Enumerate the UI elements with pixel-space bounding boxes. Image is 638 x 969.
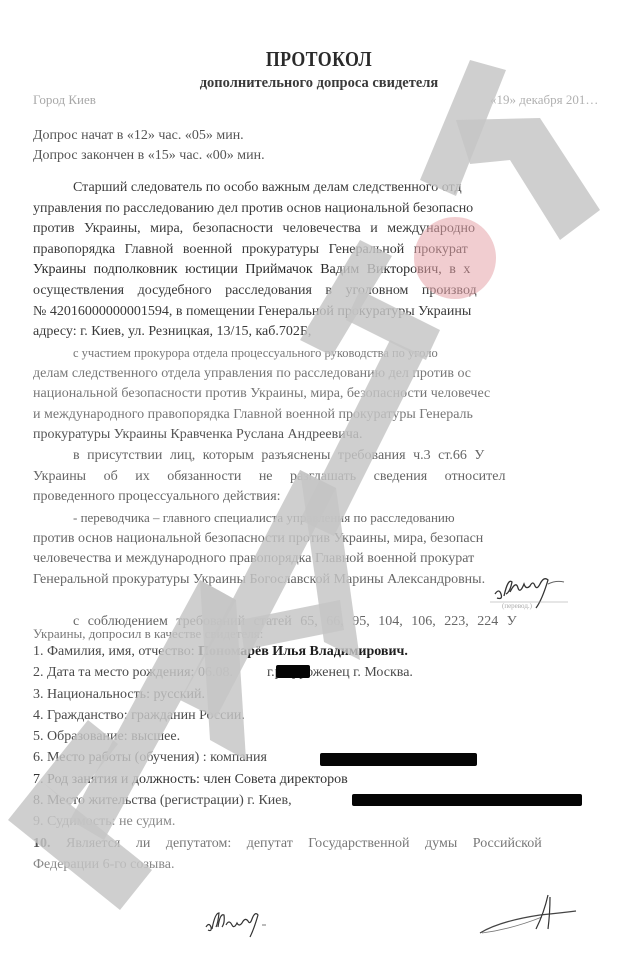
witness-name: Пономарёв Илья Владимирович. [198, 644, 408, 659]
start-time: Допрос начат в «12» час. «05» мин. [33, 126, 633, 146]
list-item: 1. Фамилия, имя, отчество: Пономарёв Иль… [33, 641, 638, 662]
document-page: ПРОТОКОЛ дополнительного допроса свидете… [0, 0, 638, 969]
document-subtitle: дополнительного допроса свидетеля [0, 75, 638, 92]
end-time: Допрос закончен в «15» час. «00» мин. [33, 146, 633, 166]
list-item: 3. Национальность: русский. [33, 684, 638, 705]
presence-line: проведенного процессуального действия: [33, 487, 638, 508]
redaction-address [352, 794, 582, 806]
intro-line: против Украины, мира, безопасности челов… [33, 219, 638, 240]
list-item: 4. Гражданство: гражданин России. [33, 705, 638, 726]
prosecutor-line: и международного правопорядка Главной во… [33, 405, 638, 426]
prosecutor-paragraph: с участием прокурора отдела процессуальн… [33, 343, 638, 446]
signature-caption: (перевод.) [502, 602, 532, 610]
prosecutor-line: делам следственного отдела управления по… [33, 364, 638, 385]
intro-line: осуществления досудебного расследования … [33, 281, 638, 302]
list-item: Федерации 6-го созыва. [33, 854, 638, 875]
city-label: Город Киев [33, 92, 96, 108]
presence-line: в присутствии лиц, которым разъяснены тр… [33, 446, 638, 467]
translator-line: против основ национальной безопасности п… [33, 529, 638, 550]
list-item: 7. Род занятия и должность: член Совета … [33, 769, 638, 790]
intro-line: правопорядка Главной военной прокуратуры… [33, 240, 638, 261]
date-label: «19» декабря 201… [490, 92, 598, 108]
prosecutor-line: национальной безопасности против Украины… [33, 384, 638, 405]
list-item: 10. Является ли депутатом: депутат Госуд… [33, 833, 638, 854]
prosecutor-line: с участием прокурора отдела процессуальн… [33, 343, 638, 364]
list-item: 5. Образование: высшее. [33, 726, 638, 747]
document-title: ПРОТОКОЛ [48, 47, 590, 72]
case-number-line: № 42016000000001594, в помещении Генерал… [33, 302, 638, 323]
prosecutor-line: прокуратуры Украины Кравченка Руслана Ан… [33, 425, 638, 446]
presence-line: Украины об их обязанности не разглашать … [33, 467, 638, 488]
translator-line: человечества и международного правопоряд… [33, 549, 638, 570]
intro-line: Украины подполковник юстиции Приймачок В… [33, 260, 638, 281]
translator-signature-bottom [204, 905, 274, 950]
list-item: 9. Судимость: не судим. [33, 811, 638, 832]
redaction-company [320, 753, 477, 766]
address-line: адресу: г. Киев, ул. Резницкая, 13/15, к… [33, 322, 638, 343]
list-item: 2. Дата та место рождения: 06.08.г.р., у… [33, 662, 638, 683]
intro-line: управления по расследованию дел против о… [33, 199, 638, 220]
presence-paragraph: в присутствии лиц, которым разъяснены тр… [33, 446, 638, 508]
translator-line: - переводчика – главного специалиста упр… [33, 508, 638, 529]
witness-signature [472, 893, 582, 943]
intro-paragraph: Старший следователь по особо важным дела… [33, 178, 638, 343]
redaction-birth-year [276, 665, 310, 678]
intro-line: Старший следователь по особо важным дела… [33, 178, 638, 199]
